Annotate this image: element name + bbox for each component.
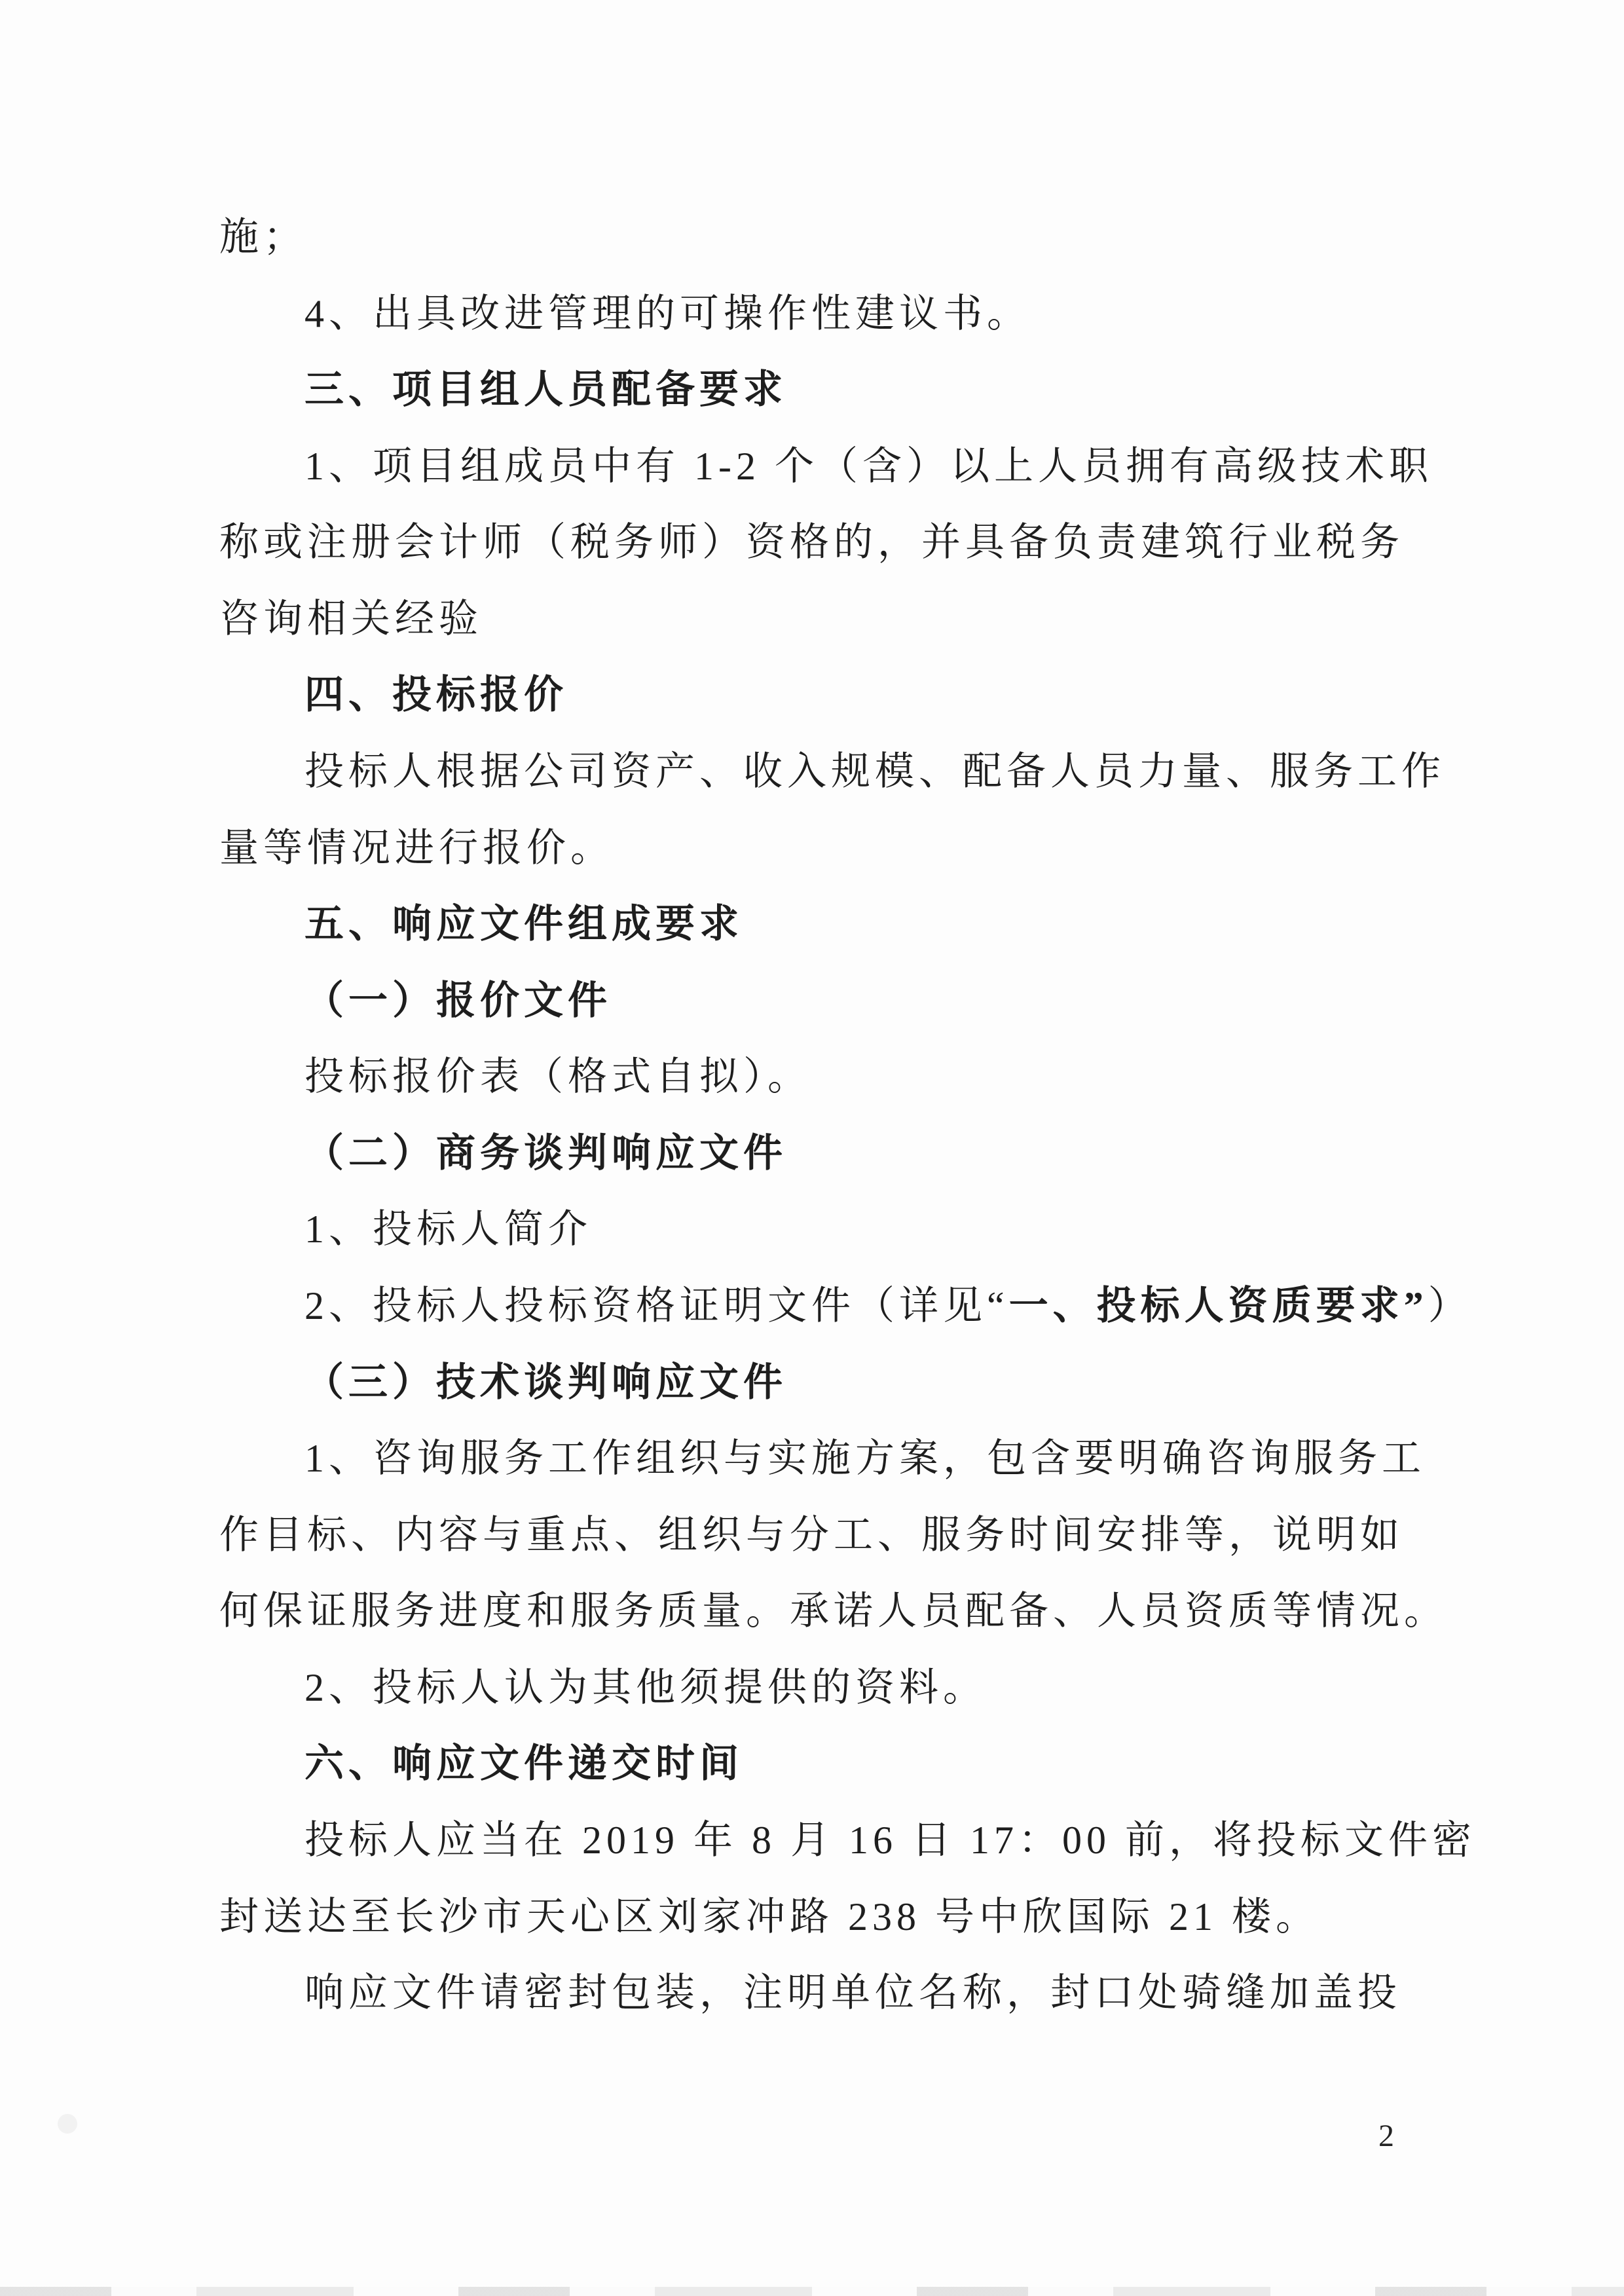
document-page: 施；4、出具改进管理的可操作性建议书。三、项目组人员配备要求1、项目组成员中有 … (0, 0, 1624, 2296)
text-line: 投标人根据公司资产、收入规模、配备人员力量、服务工作 (219, 750, 1445, 792)
text-line: 量等情况进行报价。 (219, 827, 614, 869)
text-line: （三）技术谈判响应文件 (219, 1361, 787, 1403)
text-line: 施； (219, 216, 307, 258)
text-line: （二）商务谈判响应文件 (219, 1132, 787, 1174)
text-line: 2、投标人投标资格证明文件（详见“一、投标人资质要求”） (219, 1285, 1472, 1327)
text-line: 1、咨询服务工作组织与实施方案，包含要明确咨询服务工 (219, 1437, 1426, 1479)
text-line: 投标报价表（格式自拟）。 (219, 1056, 811, 1098)
text-segment: 2、投标人投标资格证明文件（详见“ (304, 1284, 1009, 1327)
text-line: 4、出具改进管理的可操作性建议书。 (219, 293, 1031, 335)
scan-artifact-strip (0, 2287, 1624, 2296)
text-line: 何保证服务进度和服务质量。承诺人员配备、人员资质等情况。 (219, 1590, 1448, 1632)
text-line: 咨询相关经验 (219, 598, 483, 640)
text-segment: ） (1428, 1284, 1472, 1327)
text-line: 五、响应文件组成要求 (219, 903, 743, 945)
text-line: 作目标、内容与重点、组织与分工、服务时间安排等，说明如 (219, 1514, 1404, 1556)
text-line: 响应文件请密封包装，注明单位名称，封口处骑缝加盖投 (219, 1972, 1401, 2014)
text-line: 2、投标人认为其他须提供的资料。 (219, 1667, 987, 1709)
text-line: 四、投标报价 (219, 674, 568, 716)
text-line: 称或注册会计师（税务师）资格的，并具备负责建筑行业税务 (219, 521, 1404, 563)
text-line: 1、项目组成员中有 1-2 个（含）以上人员拥有高级技术职 (219, 445, 1433, 487)
text-segment-bold: 一、投标人资质要求” (1009, 1284, 1428, 1327)
text-line: 三、项目组人员配备要求 (219, 369, 787, 411)
text-line: 1、投标人简介 (219, 1208, 592, 1250)
page-number: 2 (1378, 2118, 1394, 2154)
text-line: 六、响应文件递交时间 (219, 1743, 743, 1785)
text-line: 封送达至长沙市天心区刘家冲路 238 号中欣国际 21 楼。 (219, 1896, 1319, 1938)
text-line: 投标人应当在 2019 年 8 月 16 日 17：00 前，将投标文件密 (219, 1819, 1476, 1861)
text-line: （一）报价文件 (219, 980, 612, 1022)
scan-smudge (58, 2114, 77, 2134)
